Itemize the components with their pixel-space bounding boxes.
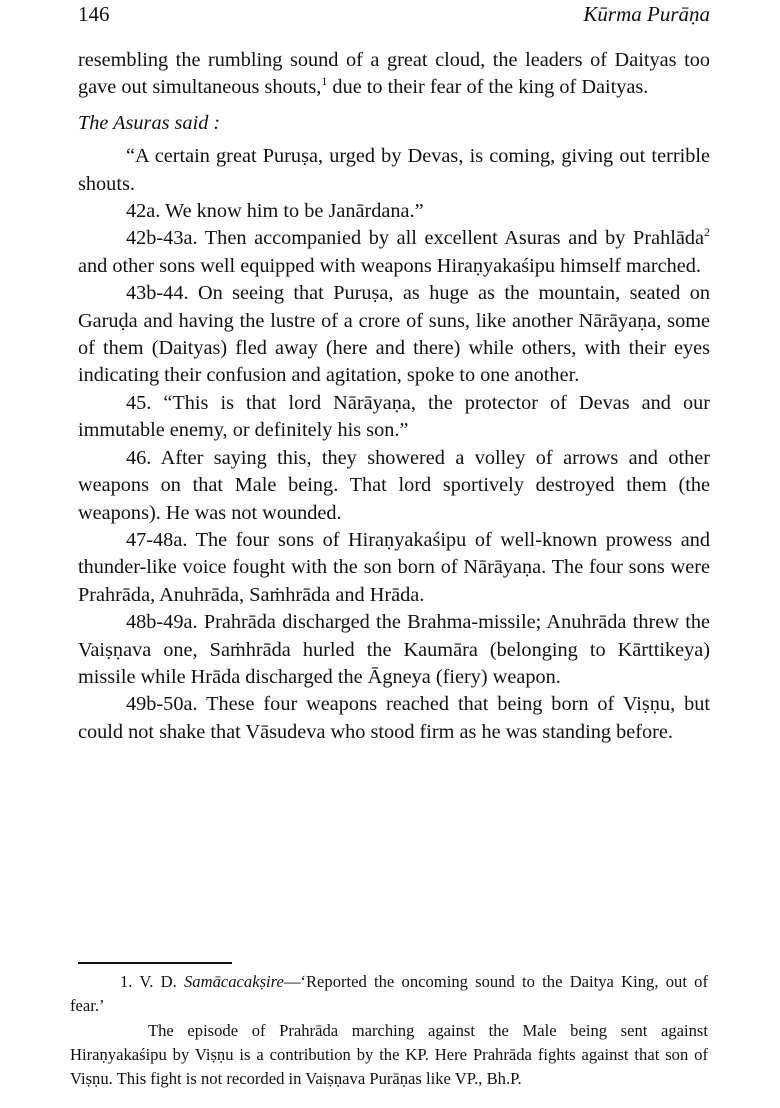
footnote-ref-2: 2 — [704, 225, 710, 239]
paragraph-verse-45: 45. “This is that lord Nārāyaṇa, the pro… — [78, 390, 710, 445]
page-number: 146 — [78, 2, 110, 27]
footnote-1: 1. V. D. Samācacakṣire—‘Reported the onc… — [70, 970, 708, 1019]
footnotes: 1. V. D. Samācacakṣire—‘Reported the onc… — [70, 970, 708, 1091]
page-header: 146 Kūrma Purāṇa — [78, 0, 710, 30]
paragraph-verse-41: “A certain great Puruṣa, urged by Devas,… — [78, 143, 710, 198]
paragraph-verse-49b-50a: 49b-50a. These four weapons reached that… — [78, 691, 710, 746]
paragraph-verse-42b-43a: 42b-43a. Then accompanied by all excelle… — [78, 225, 710, 280]
footnote-term: Samācacakṣire — [184, 972, 284, 991]
footnote-divider — [78, 962, 232, 964]
paragraph-verse-48b-49a: 48b-49a. Prahrāda discharged the Brahma-… — [78, 609, 710, 691]
paragraph-verse-42a: 42a. We know him to be Janārdana.” — [78, 198, 710, 225]
paragraph-verse-46: 46. After saying this, they showered a v… — [78, 445, 710, 527]
paragraph-intro: resembling the rumbling sound of a great… — [78, 47, 710, 102]
page-body: resembling the rumbling sound of a great… — [78, 47, 710, 746]
speaker-heading: The Asuras said : — [78, 110, 710, 137]
paragraph-verse-43b-44: 43b-44. On seeing that Puruṣa, as huge a… — [78, 280, 710, 390]
paragraph-verse-47-48a: 47-48a. The four sons of Hiraṇyakaśipu o… — [78, 527, 710, 609]
running-title: Kūrma Purāṇa — [583, 2, 710, 27]
footnote-2: The episode of Prahrāda marching against… — [70, 1019, 708, 1092]
